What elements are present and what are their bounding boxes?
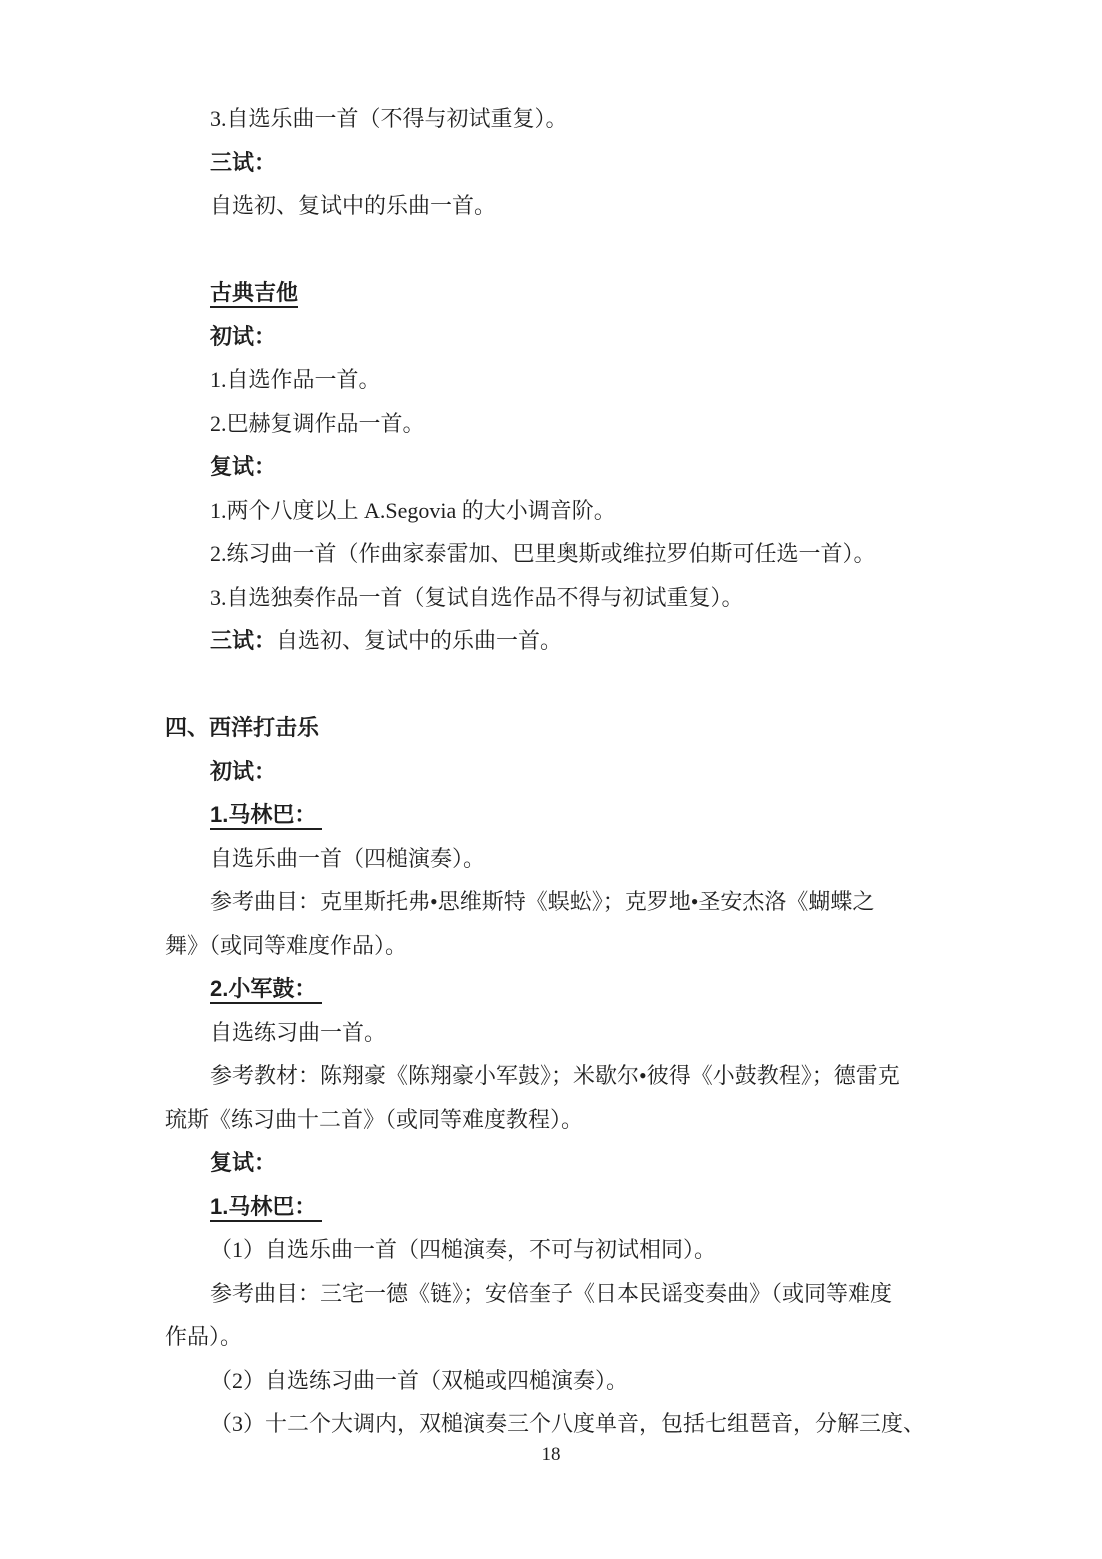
- text-run: 琉斯《练习曲十二首》（或同等难度教程）。: [165, 1107, 583, 1132]
- text-line: 琉斯《练习曲十二首》（或同等难度教程）。: [165, 1098, 943, 1142]
- text-run: 自选乐曲一首（四槌演奏）。: [210, 846, 485, 871]
- text-run: 初试：: [210, 759, 276, 784]
- blank-line: [165, 228, 943, 272]
- text-run: 作品）。: [165, 1324, 242, 1349]
- text-line: 1.两个八度以上 A.Segovia 的大小调音阶。: [165, 489, 943, 533]
- text-line: 三试：自选初、复试中的乐曲一首。: [165, 619, 943, 663]
- text-run: 自选初、复试中的乐曲一首。: [276, 628, 562, 653]
- text-run: 2.巴赫复调作品一首。: [210, 411, 425, 436]
- text-line: （3）十二个大调内，双槌演奏三个八度单音，包括七组琶音，分解三度、: [165, 1402, 943, 1446]
- text-line: 1.马林巴：: [165, 1185, 943, 1229]
- text-line: 古典吉他: [165, 271, 943, 315]
- text-line: 2.小军鼓：: [165, 967, 943, 1011]
- text-run: 参考教材：陈翔豪《陈翔豪小军鼓》；米歇尔•彼得《小鼓教程》；德雷克: [210, 1063, 900, 1088]
- text-line: 复试：: [165, 1141, 943, 1185]
- text-run: 1.两个八度以上 A.Segovia 的大小调音阶。: [210, 498, 616, 523]
- text-run: 1.马林巴：: [210, 802, 322, 830]
- text-line: 2.巴赫复调作品一首。: [165, 402, 943, 446]
- text-run: 3.自选乐曲一首（不得与初试重复）。: [210, 106, 568, 131]
- text-line: 三试：: [165, 141, 943, 185]
- text-run: （2）自选练习曲一首（双槌或四槌演奏）。: [210, 1368, 628, 1393]
- text-line: 初试：: [165, 750, 943, 794]
- text-run: 参考曲目：克里斯托弗•思维斯特《蜈蚣》；克罗地•圣安杰洛《蝴蝶之: [210, 889, 874, 914]
- text-run: 舞》（或同等难度作品）。: [165, 933, 407, 958]
- text-run: 复试：: [210, 454, 276, 479]
- text-line: 3.自选乐曲一首（不得与初试重复）。: [165, 97, 943, 141]
- text-run: 三试：: [210, 628, 276, 653]
- text-line: 舞》（或同等难度作品）。: [165, 924, 943, 968]
- text-line: 参考曲目：三宅一德《链》；安倍奎子《日本民谣变奏曲》（或同等难度: [165, 1272, 943, 1316]
- text-line: 四、西洋打击乐: [165, 706, 943, 750]
- text-line: （1）自选乐曲一首（四槌演奏，不可与初试相同）。: [165, 1228, 943, 1272]
- text-run: （3）十二个大调内，双槌演奏三个八度单音，包括七组琶音，分解三度、: [210, 1411, 925, 1436]
- text-line: 参考曲目：克里斯托弗•思维斯特《蜈蚣》；克罗地•圣安杰洛《蝴蝶之: [165, 880, 943, 924]
- text-run: 古典吉他: [210, 280, 298, 308]
- text-run: 1.自选作品一首。: [210, 367, 381, 392]
- text-line: 初试：: [165, 315, 943, 359]
- text-run: 初试：: [210, 324, 276, 349]
- document-body: 3.自选乐曲一首（不得与初试重复）。三试：自选初、复试中的乐曲一首。古典吉他初试…: [165, 97, 943, 1446]
- text-run: 2.小军鼓：: [210, 976, 322, 1004]
- text-line: 参考教材：陈翔豪《陈翔豪小军鼓》；米歇尔•彼得《小鼓教程》；德雷克: [165, 1054, 943, 1098]
- blank-line: [165, 663, 943, 707]
- text-run: 三试：: [210, 150, 276, 175]
- text-line: 1.自选作品一首。: [165, 358, 943, 402]
- text-line: 作品）。: [165, 1315, 943, 1359]
- page-number: 18: [0, 1440, 1102, 1470]
- text-run: 四、西洋打击乐: [165, 715, 319, 740]
- text-line: 3.自选独奏作品一首（复试自选作品不得与初试重复）。: [165, 576, 943, 620]
- text-run: （1）自选乐曲一首（四槌演奏，不可与初试相同）。: [210, 1237, 716, 1262]
- text-line: 1.马林巴：: [165, 793, 943, 837]
- text-run: 自选练习曲一首。: [210, 1020, 386, 1045]
- text-line: 自选初、复试中的乐曲一首。: [165, 184, 943, 228]
- text-run: 2.练习曲一首（作曲家泰雷加、巴里奥斯或维拉罗伯斯可任选一首）。: [210, 541, 876, 566]
- text-run: 1.马林巴：: [210, 1194, 322, 1222]
- text-run: 3.自选独奏作品一首（复试自选作品不得与初试重复）。: [210, 585, 744, 610]
- text-run: 复试：: [210, 1150, 276, 1175]
- document-page: 3.自选乐曲一首（不得与初试重复）。三试：自选初、复试中的乐曲一首。古典吉他初试…: [0, 0, 1102, 1559]
- text-line: （2）自选练习曲一首（双槌或四槌演奏）。: [165, 1359, 943, 1403]
- text-run: 参考曲目：三宅一德《链》；安倍奎子《日本民谣变奏曲》（或同等难度: [210, 1281, 892, 1306]
- text-run: 自选初、复试中的乐曲一首。: [210, 193, 496, 218]
- text-line: 复试：: [165, 445, 943, 489]
- text-line: 2.练习曲一首（作曲家泰雷加、巴里奥斯或维拉罗伯斯可任选一首）。: [165, 532, 943, 576]
- text-line: 自选乐曲一首（四槌演奏）。: [165, 837, 943, 881]
- text-line: 自选练习曲一首。: [165, 1011, 943, 1055]
